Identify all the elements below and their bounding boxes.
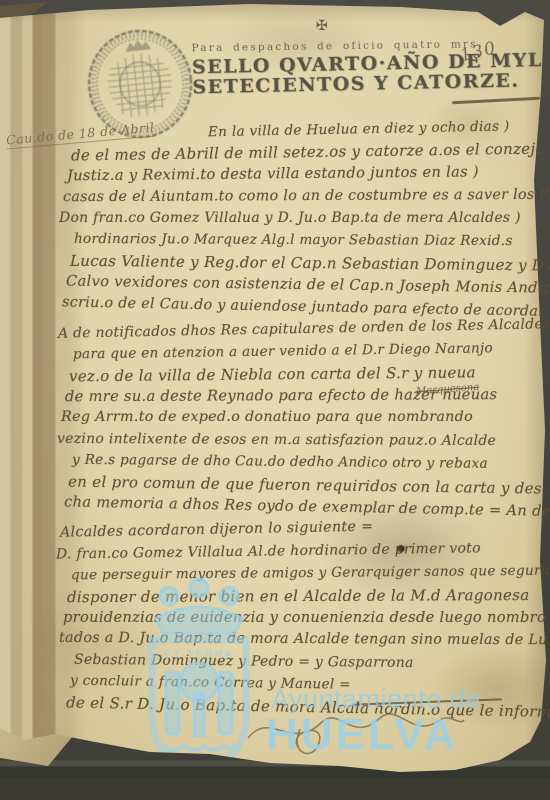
manuscript-line-22: disponer de menor bien en el Alcalde de … (67, 586, 542, 611)
signature-flourish-icon (240, 700, 470, 760)
manuscript-line-23: prouidenzias de euidenzia y conuenienzia… (63, 609, 542, 631)
manuscript-lines: En la villa de Huelua en diez y ocho dia… (56, 121, 542, 720)
manuscript-line-24: tados a D. Ju.o Bap.ta de mora Alcalde t… (59, 630, 542, 655)
cross-mark-icon: ✠ (316, 18, 328, 34)
manuscript-line-14: Reg Arrm.to de exped.o donatiuo para que… (61, 409, 542, 431)
manuscript-line-5: Don fran.co Gomez Villalua y D. Ju.o Bap… (59, 210, 542, 232)
manuscript-line-4: casas de el Aiuntam.to como lo an de cos… (63, 186, 542, 211)
manuscript-line-3: Justiz.a y Reximi.to desta villa estando… (67, 163, 542, 190)
archive-photo: ✠ Para despachos de oficio quatro mrs. S… (0, 0, 550, 800)
ink-blot (397, 545, 405, 552)
